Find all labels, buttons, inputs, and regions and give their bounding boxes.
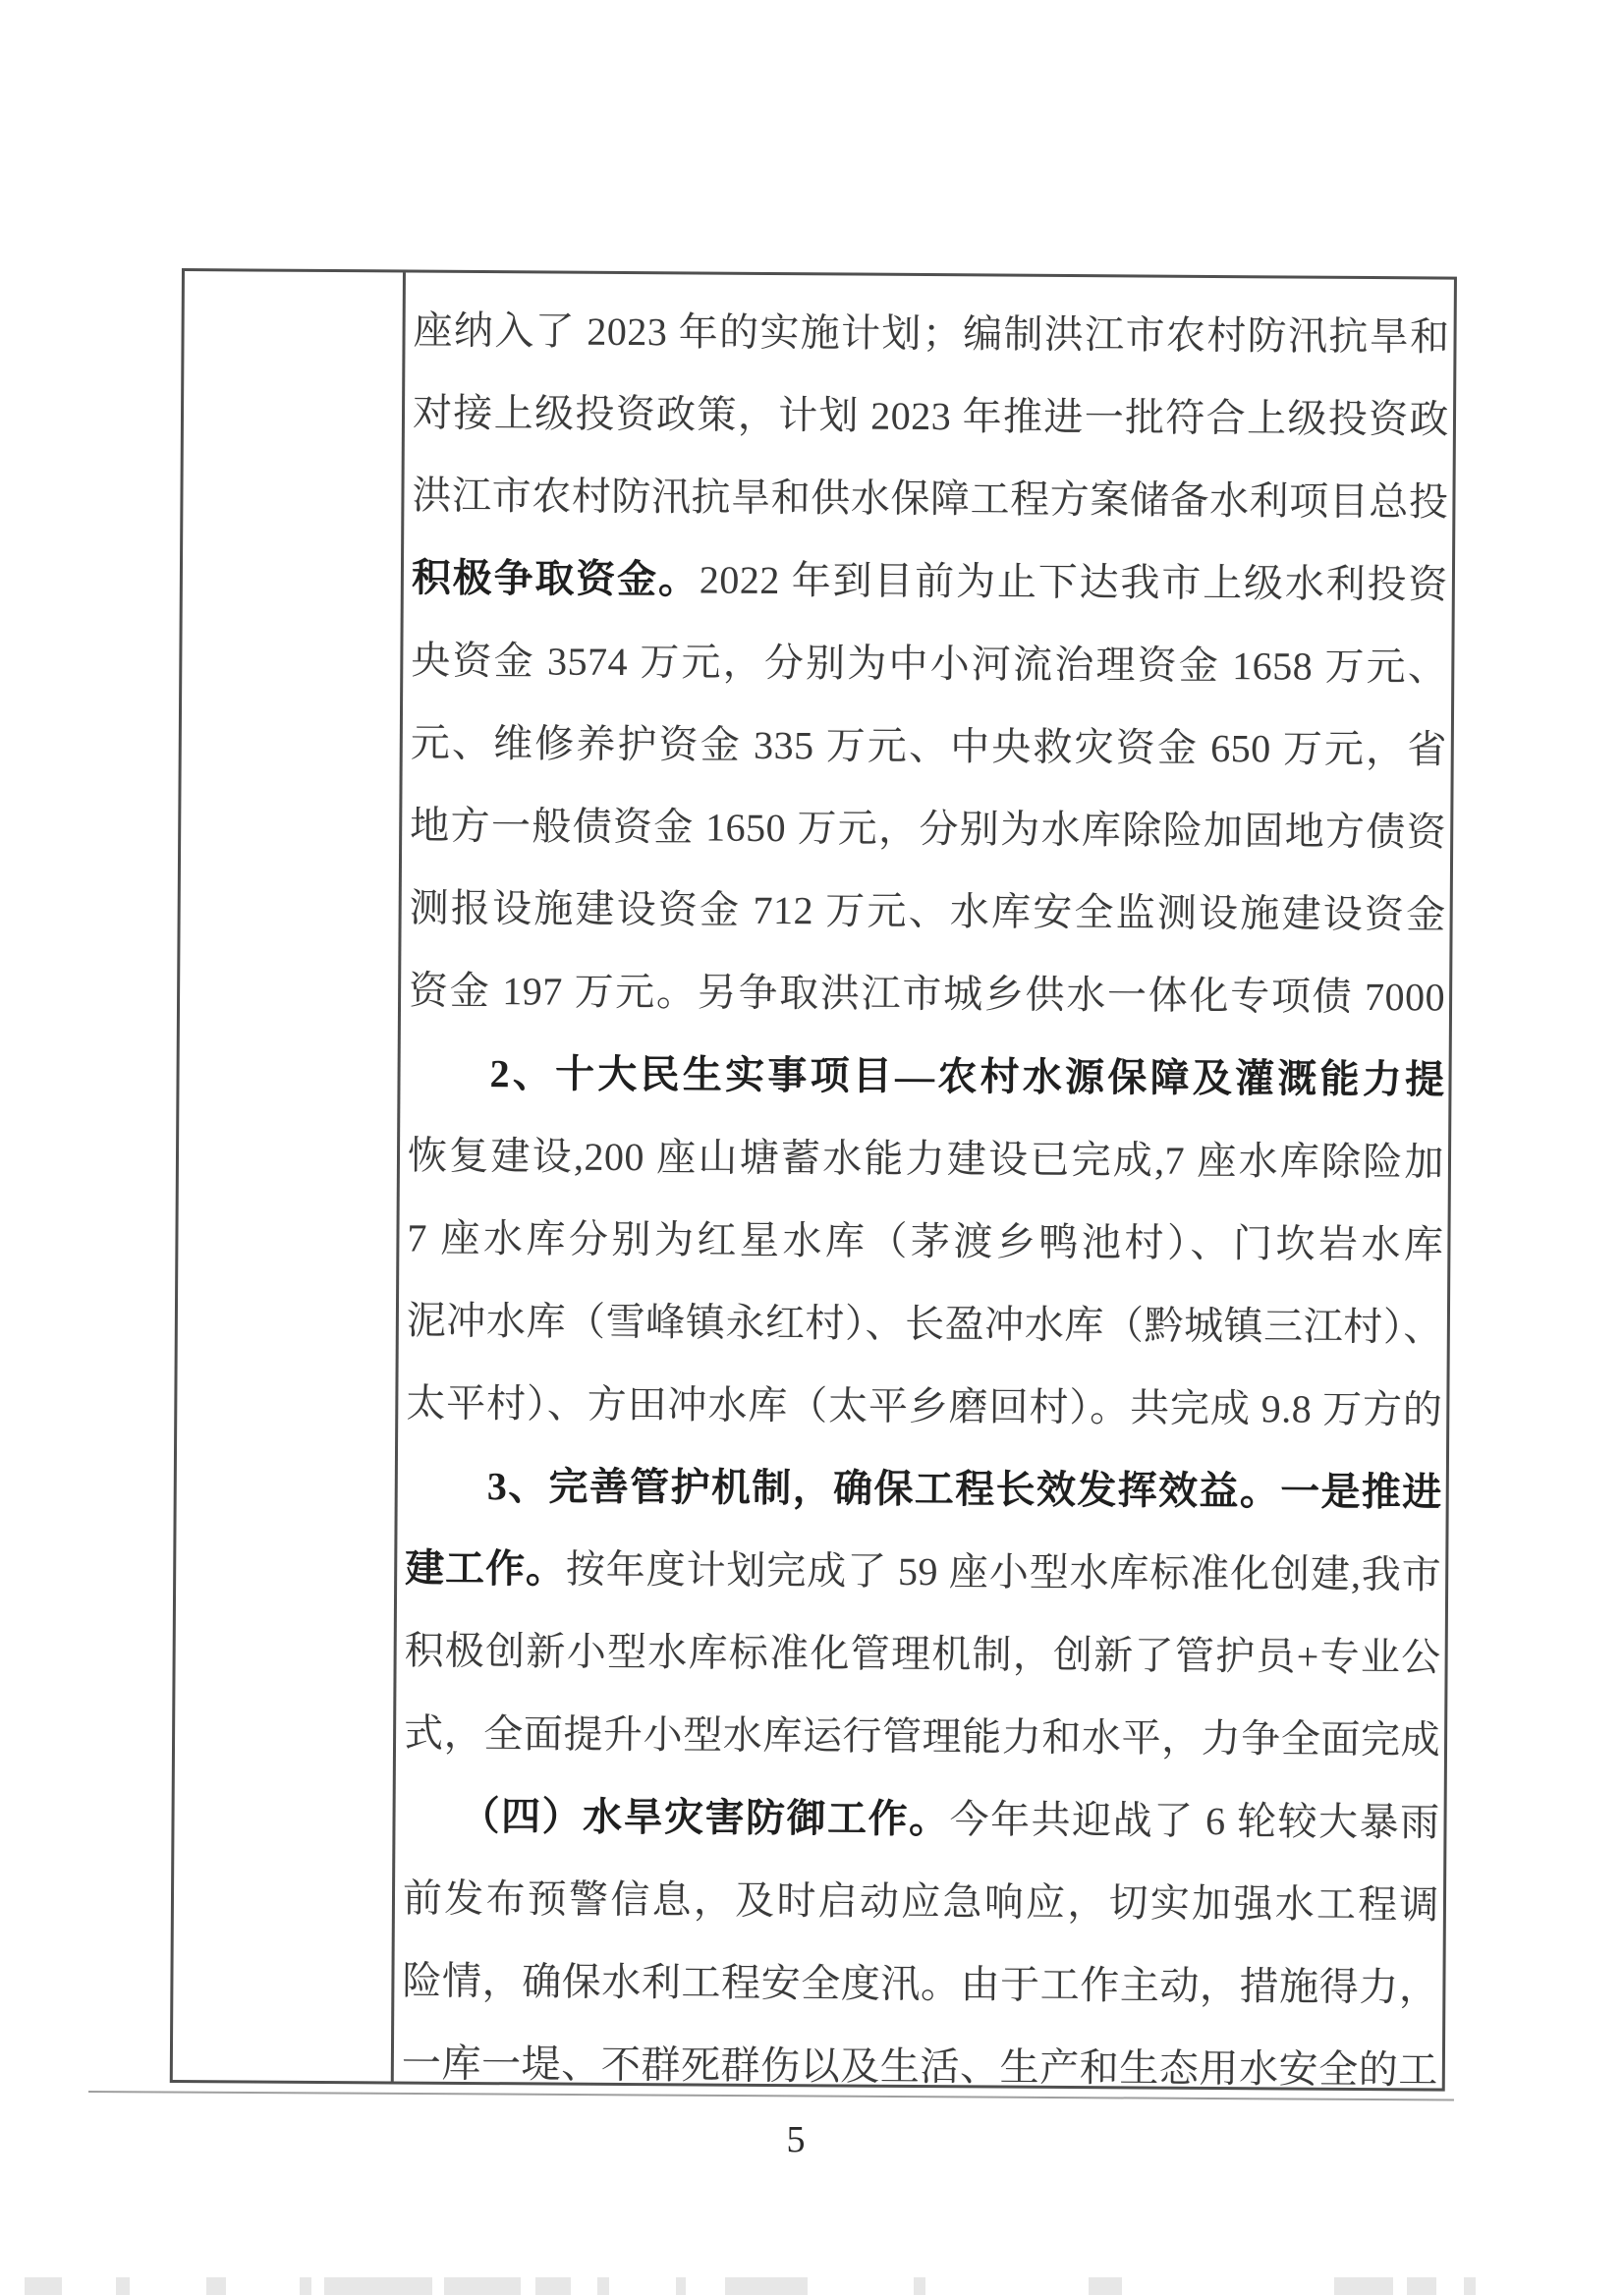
scan-noise [1407,2277,1436,2295]
text-line: 泥冲水库（雪峰镇永红村）、长盈冲水库（黔城镇三江村）、牛栏冲水库（太平乡 [407,1280,1444,1370]
text-segment: 7 座水库分别为红星水库（茅渡乡鸭池村）、门坎岩水库（雪峰镇两溪口村）、王 [407,1216,1443,1287]
text-line: 式，全面提升小型水库运行管理能力和水平，力争全面完成年度创建任务。 [404,1693,1441,1782]
text-segment: 泥冲水库（雪峰镇永红村）、长盈冲水库（黔城镇三江村）、牛栏冲水库（太平乡 [407,1299,1443,1370]
text-line: 元、维修养护资金 335 万元、中央救灾资金 650 万元，省级水利发展资金 1… [411,702,1448,792]
scan-noise [1464,2277,1476,2295]
text-line: 地方一般债资金 1650 万元，分别为水库除险加固地方债资金 399 万元、水库… [410,785,1447,874]
scan-noise [444,2277,521,2295]
text-line: 太平村）、方田冲水库（太平乡磨回村）。共完成 9.8 万方的蓄水能力提升。 [406,1363,1443,1452]
table-content-cell: 座纳入了 2023 年的实施计划；编制洪江市农村防汛抗旱和供水保障工程方案，积极… [394,273,1454,2089]
scan-noise [725,2277,808,2295]
text-segment: 元、维修养护资金 335 万元、中央救灾资金 650 万元，省级水利发展资金 1… [411,721,1447,792]
text-segment: 式，全面提升小型水库运行管理能力和水平，力争全面完成年度创建任务。 [404,1711,1440,1782]
text-line: 测报设施建设资金 712 万元、水库安全监测设施建设资金 342 万元、水库维修… [409,868,1446,957]
scan-noise [116,2277,130,2295]
text-line: 3、完善管护机制，确保工程长效发挥效益。一是推进小型水库管理标准化创 [406,1445,1443,1535]
bold-text-segment: 建工作。 [405,1546,566,1592]
content-lines: 座纳入了 2023 年的实施计划；编制洪江市农村防汛抗旱和供水保障工程方案，积极… [402,290,1450,2112]
text-line: （四）水旱灾害防御工作。今年共迎战了 6 轮较大暴雨洪灾防御工作，通过提 [403,1775,1440,1865]
text-segment: 一库一堤、不群死群伤以及生活、生产和生态用水安全的工作目标。 [402,2042,1438,2112]
scan-noise [206,2277,226,2295]
text-line: 险情，确保水利工程安全度汛。由于工作主动，措施得力，抗救及时，实现了不垮 [402,1940,1439,2030]
text-line: 7 座水库分别为红星水库（茅渡乡鸭池村）、门坎岩水库（雪峰镇两溪口村）、王 [407,1198,1444,1287]
text-line: 座纳入了 2023 年的实施计划；编制洪江市农村防汛抗旱和供水保障工程方案，积极 [413,290,1450,379]
text-segment: 地方一般债资金 1650 万元，分别为水库除险加固地方债资金 399 万元、水库… [410,804,1446,874]
bold-text-segment: （四）水旱灾害防御工作。 [460,1794,949,1841]
text-segment: 洪江市农村防汛抗旱和供水保障工程方案储备水利项目总投资已达到 18 亿元。 [412,474,1448,544]
text-segment: 太平村）、方田冲水库（太平乡磨回村）。共完成 9.8 万方的蓄水能力提升。 [406,1381,1442,1452]
text-line: 对接上级投资政策，计划 2023 年推进一批符合上级投资政策的民生项目实施。目前 [413,372,1450,462]
text-segment: 险情，确保水利工程安全度汛。由于工作主动，措施得力，抗救及时，实现了不垮 [402,1959,1438,2030]
text-line: 前发布预警信息，及时启动应急响应，切实加强水工程调度，深入一线科学处置灾 [403,1858,1440,1947]
text-segment: 前发布预警信息，及时启动应急响应，切实加强水工程调度，深入一线科学处置灾 [403,1876,1439,1947]
text-segment: 恢复建设,200 座山塘蓄水能力建设已完成,7 座水库除险加固工程已全部完成建设… [408,1134,1444,1204]
text-segment: 央资金 3574 万元，分别为中小河流治理资金 1658 万元、水库除险加固资金… [411,639,1447,709]
scan-noise [535,2277,571,2295]
text-line: 央资金 3574 万元，分别为中小河流治理资金 1658 万元、水库除险加固资金… [411,620,1448,709]
scan-noise [324,2277,432,2295]
text-segment: 积极创新小型水库标准化管理机制，创新了管护员+专业公司相结合的管养分离模 [404,1629,1440,1700]
text-segment: 座纳入了 2023 年的实施计划；编制洪江市农村防汛抗旱和供水保障工程方案，积极 [413,308,1449,379]
text-line: 2、十大民生实事项目—农村水源保障及灌溉能力提升。农村小水源供水能力 [408,1033,1445,1122]
report-table: 座纳入了 2023 年的实施计划；编制洪江市农村防汛抗旱和供水保障工程方案，积极… [170,268,1457,2092]
bold-text-segment: 2、十大民生实事项目—农村水源保障及灌溉能力提升。 [489,1051,1445,1121]
text-line: 建工作。按年度计划完成了 59 座小型水库标准化创建,我市持续完善水库管理设施, [405,1528,1442,1617]
bold-text-segment: 积极争取资金。 [412,556,700,602]
text-segment: 对接上级投资政策，计划 2023 年推进一批符合上级投资政策的民生项目实施。目前 [413,391,1449,462]
scan-noise [597,2277,609,2295]
scan-noise [1334,2277,1393,2295]
text-line: 积极创新小型水库标准化管理机制，创新了管护员+专业公司相结合的管养分离模 [404,1610,1441,1700]
text-line: 积极争取资金。2022 年到目前为止下达我市上级水利投资共 5380 万元，其中… [412,537,1449,627]
scan-noise [300,2277,311,2295]
page-number: 5 [747,2118,845,2161]
text-line: 洪江市农村防汛抗旱和供水保障工程方案储备水利项目总投资已达到 18 亿元。二是 [412,455,1449,544]
scan-noise [25,2277,62,2295]
document-page: 座纳入了 2023 年的实施计划；编制洪江市农村防汛抗旱和供水保障工程方案，积极… [0,0,1624,2295]
text-segment: 资金 197 万元。另争取洪江市城乡供水一体化专项债 7000 万元。 [409,969,1445,1039]
bold-text-segment: 3、完善管护机制，确保工程长效发挥效益。一是推进小型水库管理标准化创 [486,1464,1442,1534]
scan-noise [1089,2277,1122,2295]
text-line: 恢复建设,200 座山塘蓄水能力建设已完成,7 座水库除险加固工程已全部完成建设… [408,1115,1445,1204]
text-line: 资金 197 万元。另争取洪江市城乡供水一体化专项债 7000 万元。 [409,950,1446,1039]
scan-noise [914,2277,925,2295]
scan-noise [676,2277,686,2295]
text-segment: 测报设施建设资金 712 万元、水库安全监测设施建设资金 342 万元、水库维修… [409,886,1445,957]
table-left-cell [173,271,406,2081]
